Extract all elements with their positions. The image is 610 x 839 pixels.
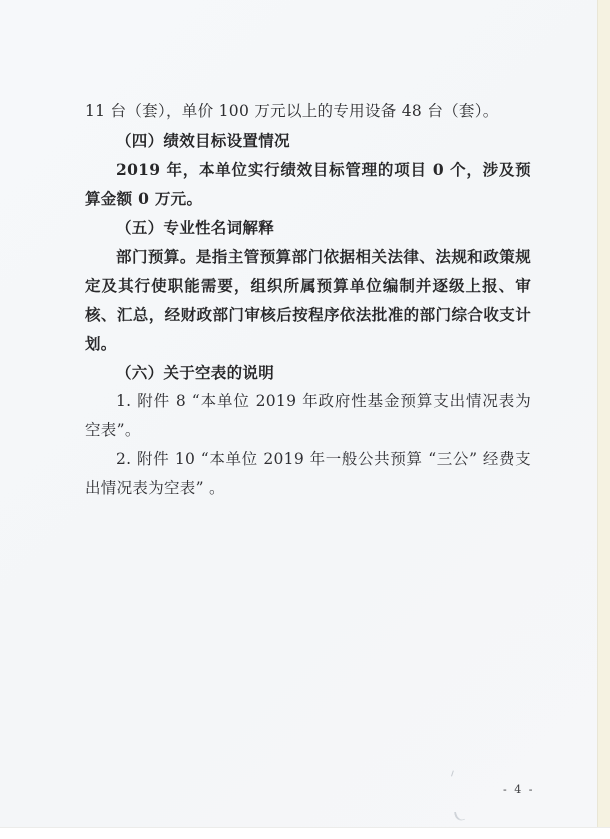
heading-section-6-empty-tables: （六）关于空表的说明	[85, 358, 531, 387]
list-item-attachment-10: 2. 附件 10 “本单位 2019 年一般公共预算 “三公” 经费支出情况表为…	[85, 445, 531, 503]
list-item-attachment-8: 1. 附件 8 “本单位 2019 年政府性基金预算支出情况表为空表”。	[85, 387, 531, 445]
heading-section-5-terminology: （五）专业性名词解释	[85, 213, 531, 242]
scanned-document-page: 11 台（套），单价 100 万元以上的专用设备 48 台（套）。 （四）绩效目…	[0, 0, 610, 839]
document-body: 11 台（套），单价 100 万元以上的专用设备 48 台（套）。 （四）绩效目…	[85, 97, 531, 503]
scan-squiggle-artifact	[454, 810, 465, 822]
scan-speck-artifact	[448, 770, 454, 777]
paragraph-performance-targets: 2019 年，本单位实行绩效目标管理的项目 0 个，涉及预算金额 0 万元。	[85, 155, 531, 213]
paragraph-department-budget-definition: 部门预算。是指主管预算部门依据相关法律、法规和政策规定及其行使职能需要，组织所属…	[85, 242, 531, 358]
scan-bottom-edge	[0, 827, 610, 839]
page-number: - 4 -	[503, 783, 534, 796]
paragraph-equipment-continuation: 11 台（套），单价 100 万元以上的专用设备 48 台（套）。	[85, 97, 531, 126]
scan-right-edge	[597, 0, 610, 827]
heading-section-4-performance-targets: （四）绩效目标设置情况	[85, 126, 531, 155]
